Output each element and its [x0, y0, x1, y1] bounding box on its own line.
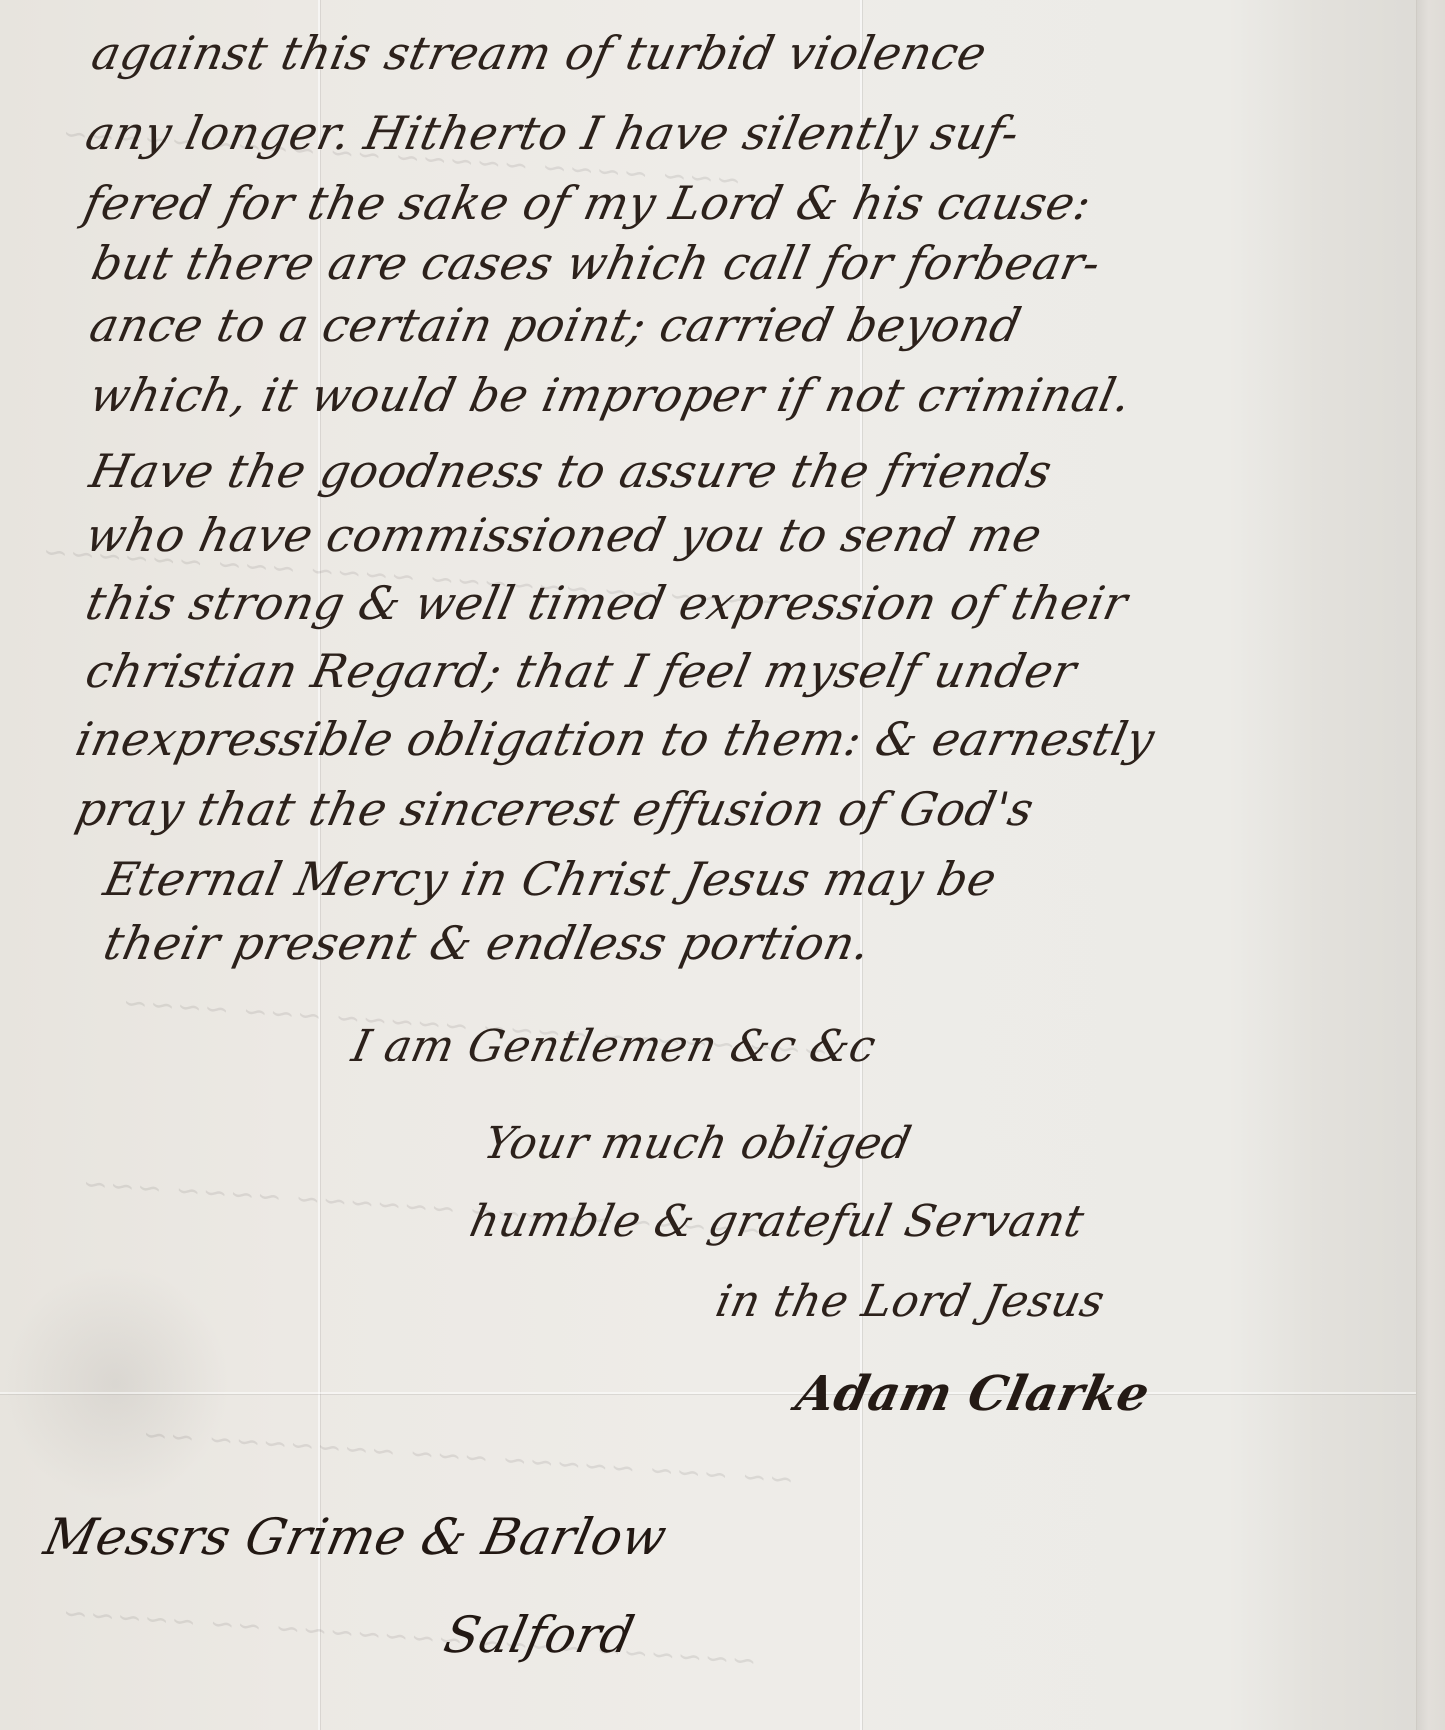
bleed-through-text: ~~ ~~~ ~~~~~ ~~~ ~~~~~~~ ~~	[140, 1417, 796, 1498]
letter-line: which, it would be improper if not crimi…	[86, 372, 1135, 418]
closing-line: in the Lord Jesus	[712, 1280, 1108, 1324]
letter-line: fered for the sake of my Lord & his caus…	[80, 180, 1095, 226]
paper-edge	[1416, 0, 1445, 1730]
letter-paper: ~~~ ~~~~ ~~~~~ ~~ ~~~~ ~~~~~ ~~~~ ~~ ~~~…	[0, 0, 1445, 1730]
letter-line: inexpressible obligation to them: & earn…	[72, 716, 1159, 762]
letter-line: against this stream of turbid violence	[88, 30, 991, 76]
closing-line: Your much obliged	[480, 1122, 915, 1166]
letter-line: ance to a certain point; carried beyond	[86, 302, 1025, 348]
letter-line: christian Regard; that I feel myself und…	[82, 648, 1081, 694]
letter-line: their present & endless portion.	[100, 920, 875, 966]
address-recipients: Messrs Grime & Barlow	[40, 1512, 671, 1562]
letter-line: Eternal Mercy in Christ Jesus may be	[100, 856, 1001, 902]
closing-salutation: I am Gentlemen &c &c	[348, 1025, 880, 1069]
bleed-through-text: ~~~~~~ ~~~~ ~~~~~~~ ~~ ~~~~~	[60, 1596, 758, 1680]
signature: Adam Clarke	[792, 1370, 1154, 1418]
letter-line: but there are cases which call for forbe…	[88, 240, 1105, 286]
address-place: Salford	[440, 1610, 639, 1660]
closing-line: humble & grateful Servant	[466, 1200, 1088, 1244]
letter-line: this strong & well timed expression of t…	[82, 580, 1132, 626]
letter-line: who have commissioned you to send me	[82, 512, 1046, 558]
letter-line: any longer. Hitherto I have silently suf…	[82, 110, 1023, 156]
fold-crease	[0, 1392, 1445, 1394]
letter-line: pray that the sincerest effusion of God'…	[72, 786, 1038, 832]
letter-line: Have the goodness to assure the friends	[86, 448, 1056, 494]
